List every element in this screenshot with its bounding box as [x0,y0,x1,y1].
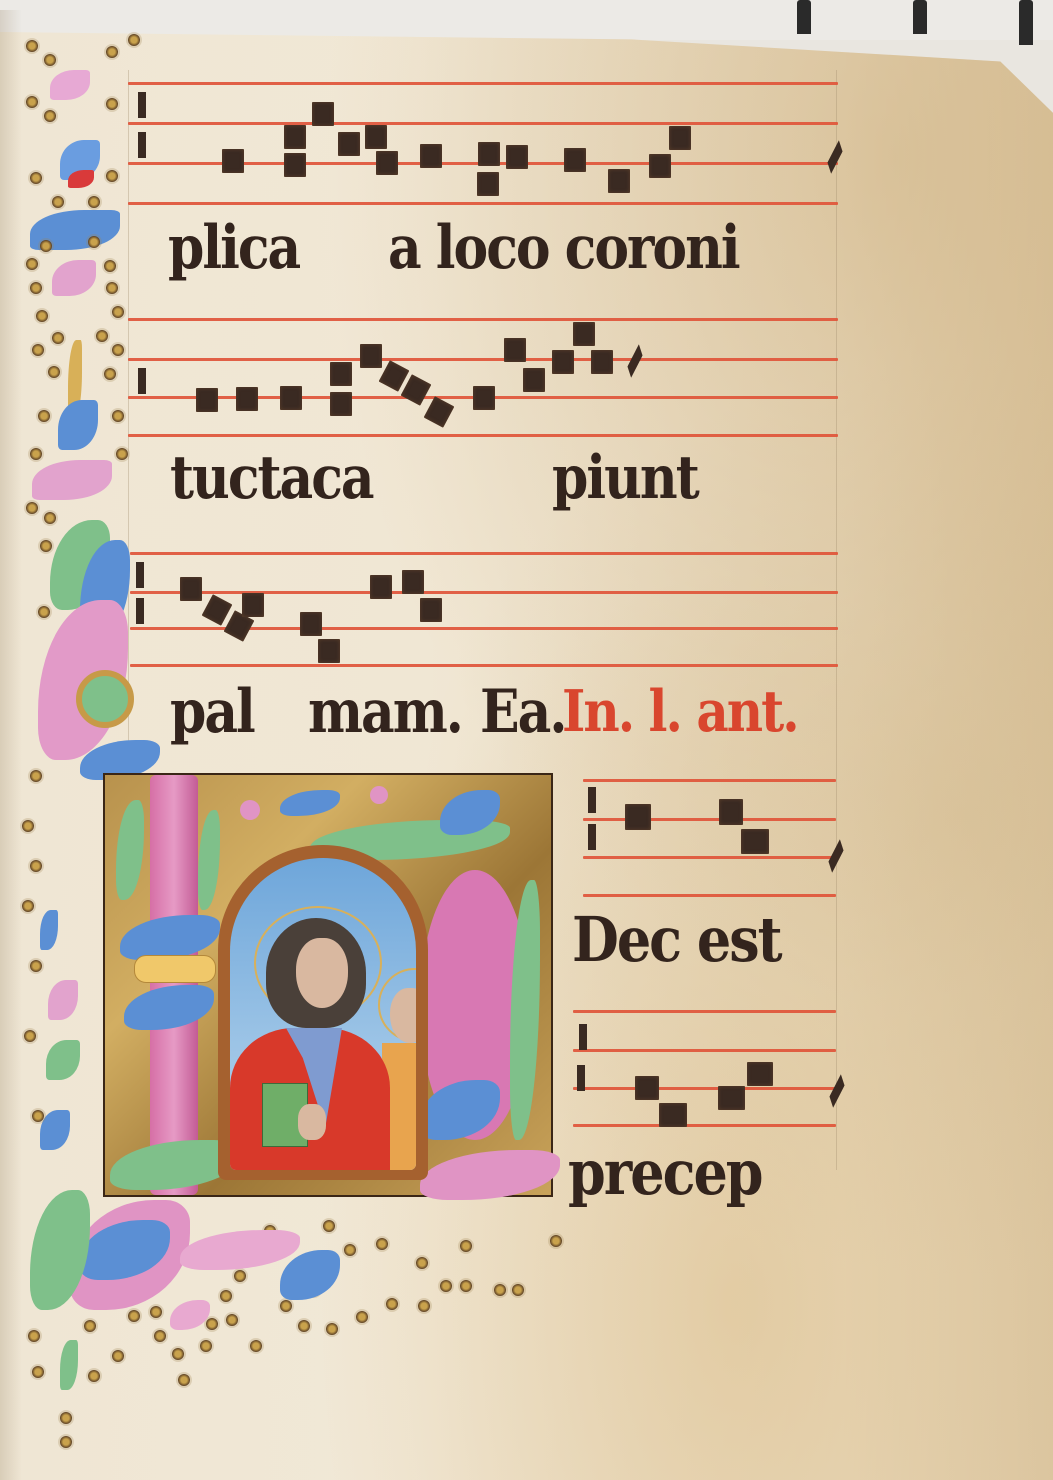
c-clef-icon [588,824,596,850]
lyric-text: plica [168,213,299,283]
saint-hand [298,1104,326,1140]
c-clef-icon [577,1065,585,1091]
green-leaf-icon [46,1040,80,1080]
lyric-text: Dec est [572,902,781,976]
pink-flower-icon [52,260,96,296]
pink-flower-icon [370,786,388,804]
red-flower-icon [68,170,94,188]
lyric-text: pal [170,677,254,747]
lyric-text: a loco coroni [388,213,739,283]
music-stave-2 [128,316,838,441]
lyric-text: precep [568,1135,762,1209]
blue-bud-icon [40,1110,70,1150]
blue-bud-icon [40,910,58,950]
blue-tulip-icon [58,400,98,450]
lyric-text: mam. [308,677,462,747]
pink-flower-icon [32,460,112,500]
music-stave-4 [583,779,836,899]
music-stave-5 [573,1008,836,1133]
page-clip [1019,0,1033,45]
lyric-text: piunt [552,443,698,513]
saint-face [296,938,348,1008]
gold-band [134,955,216,983]
lyric-text: tuctaca [170,443,373,513]
pink-flower-icon [50,70,90,100]
binding-gutter [0,10,22,1480]
pink-flower-icon [240,800,260,820]
rubric-text: In. l. ant. [562,677,798,745]
c-clef-icon [588,787,596,813]
portrait-scene [230,858,416,1170]
green-scroll-icon [76,670,134,728]
lyric-text: Ea. [480,677,565,747]
custos-icon [624,342,645,380]
c-clef-icon [579,1024,587,1050]
page-clip [913,0,927,34]
pink-bud-icon [48,980,78,1020]
music-stave-1 [128,80,838,210]
page-clip [797,0,811,34]
music-stave-3 [130,550,838,670]
